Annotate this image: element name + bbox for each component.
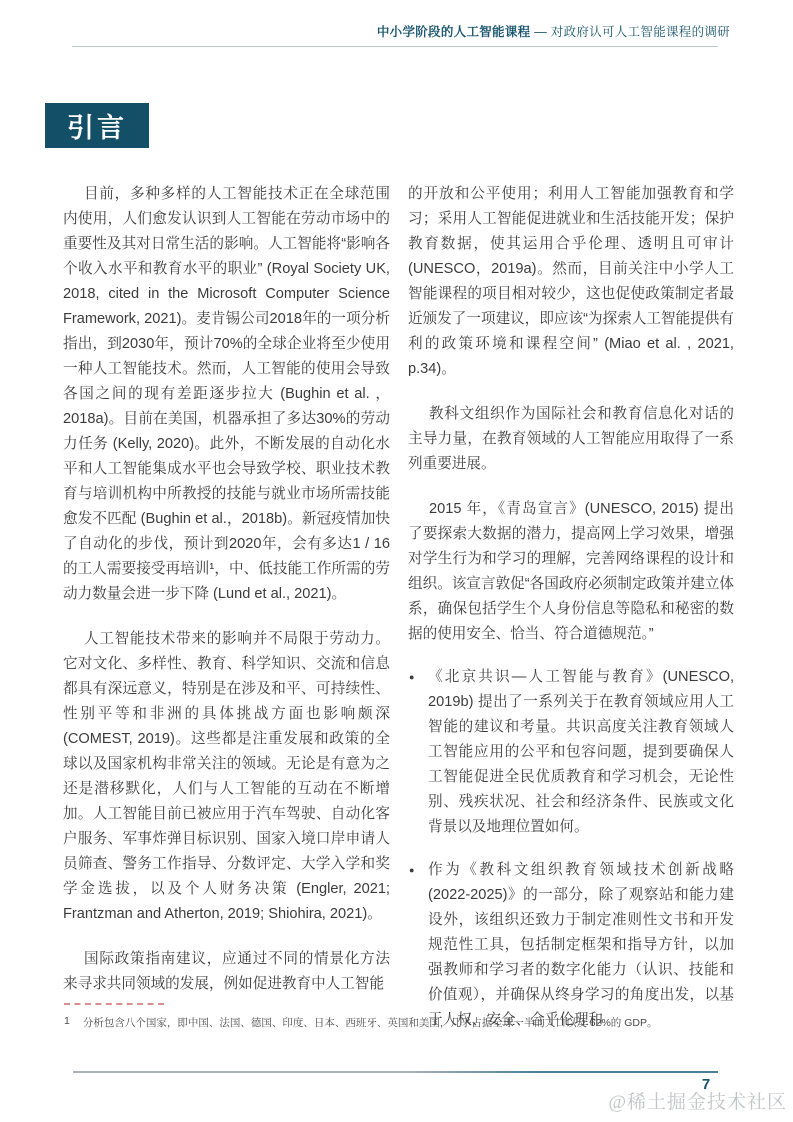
bullet-item-2: 作为《教科文组织教育领域技术创新战略 (2022-2025)》的一部分，除了观察… <box>408 858 734 1033</box>
footnote-number: 1 <box>64 1015 70 1030</box>
paragraph-left-1: 目前，多种多样的人工智能技术正在全球范围内使用，人们愈发认识到人工智能在劳动市场… <box>63 182 390 607</box>
document-page: 中小学阶段的人工智能课程 — 对政府认可人工智能课程的调研 引言 目前，多种多样… <box>0 0 793 1122</box>
footnote-text: 分析包含八个国家，即中国、法国、德国、印度、日本、西班牙、英国和美国，几乎占据全… <box>83 1015 736 1030</box>
footnote-divider <box>64 1003 164 1005</box>
left-column: 目前，多种多样的人工智能技术正在全球范围内使用，人们愈发认识到人工智能在劳动市场… <box>63 182 390 997</box>
section-title: 引言 <box>67 106 127 145</box>
paragraph-right-1: 的开放和公平使用；利用人工智能加强教育和学习；采用人工智能促进就业和生活技能开发… <box>408 182 734 382</box>
bullet-item-1: 《北京共识—人工智能与教育》(UNESCO, 2019b) 提出了一系列关于在教… <box>408 665 734 840</box>
section-title-badge: 引言 <box>45 103 149 148</box>
paragraph-right-3: 2015 年，《青岛宣言》(UNESCO, 2015) 提出了要探索大数据的潜力… <box>408 497 734 647</box>
paragraph-left-2: 人工智能技术带来的影响并不局限于劳动力。它对文化、多样性、教育、科学知识、交流和… <box>63 627 390 927</box>
bullet-list: 《北京共识—人工智能与教育》(UNESCO, 2019b) 提出了一系列关于在教… <box>408 665 734 1033</box>
footer-divider <box>73 1071 718 1073</box>
paragraph-left-3: 国际政策指南建议，应通过不同的情景化方法来寻求共同领域的发展，例如促进教育中人工… <box>63 947 390 997</box>
running-header: 中小学阶段的人工智能课程 — 对政府认可人工智能课程的调研 <box>377 22 730 40</box>
footnote: 1 分析包含八个国家，即中国、法国、德国、印度、日本、西班牙、英国和美国，几乎占… <box>64 1015 736 1030</box>
right-column: 的开放和公平使用；利用人工智能加强教育和学习；采用人工智能促进就业和生活技能开发… <box>408 182 734 1033</box>
watermark: @稀土掘金技术社区 <box>609 1087 788 1114</box>
paragraph-right-2: 教科文组织作为国际社会和教育信息化对话的主导力量，在教育领域的人工智能应用取得了… <box>408 402 734 477</box>
running-header-subtitle: — 对政府认可人工智能课程的调研 <box>530 25 730 39</box>
header-divider <box>72 46 718 47</box>
running-header-title: 中小学阶段的人工智能课程 <box>377 25 531 39</box>
